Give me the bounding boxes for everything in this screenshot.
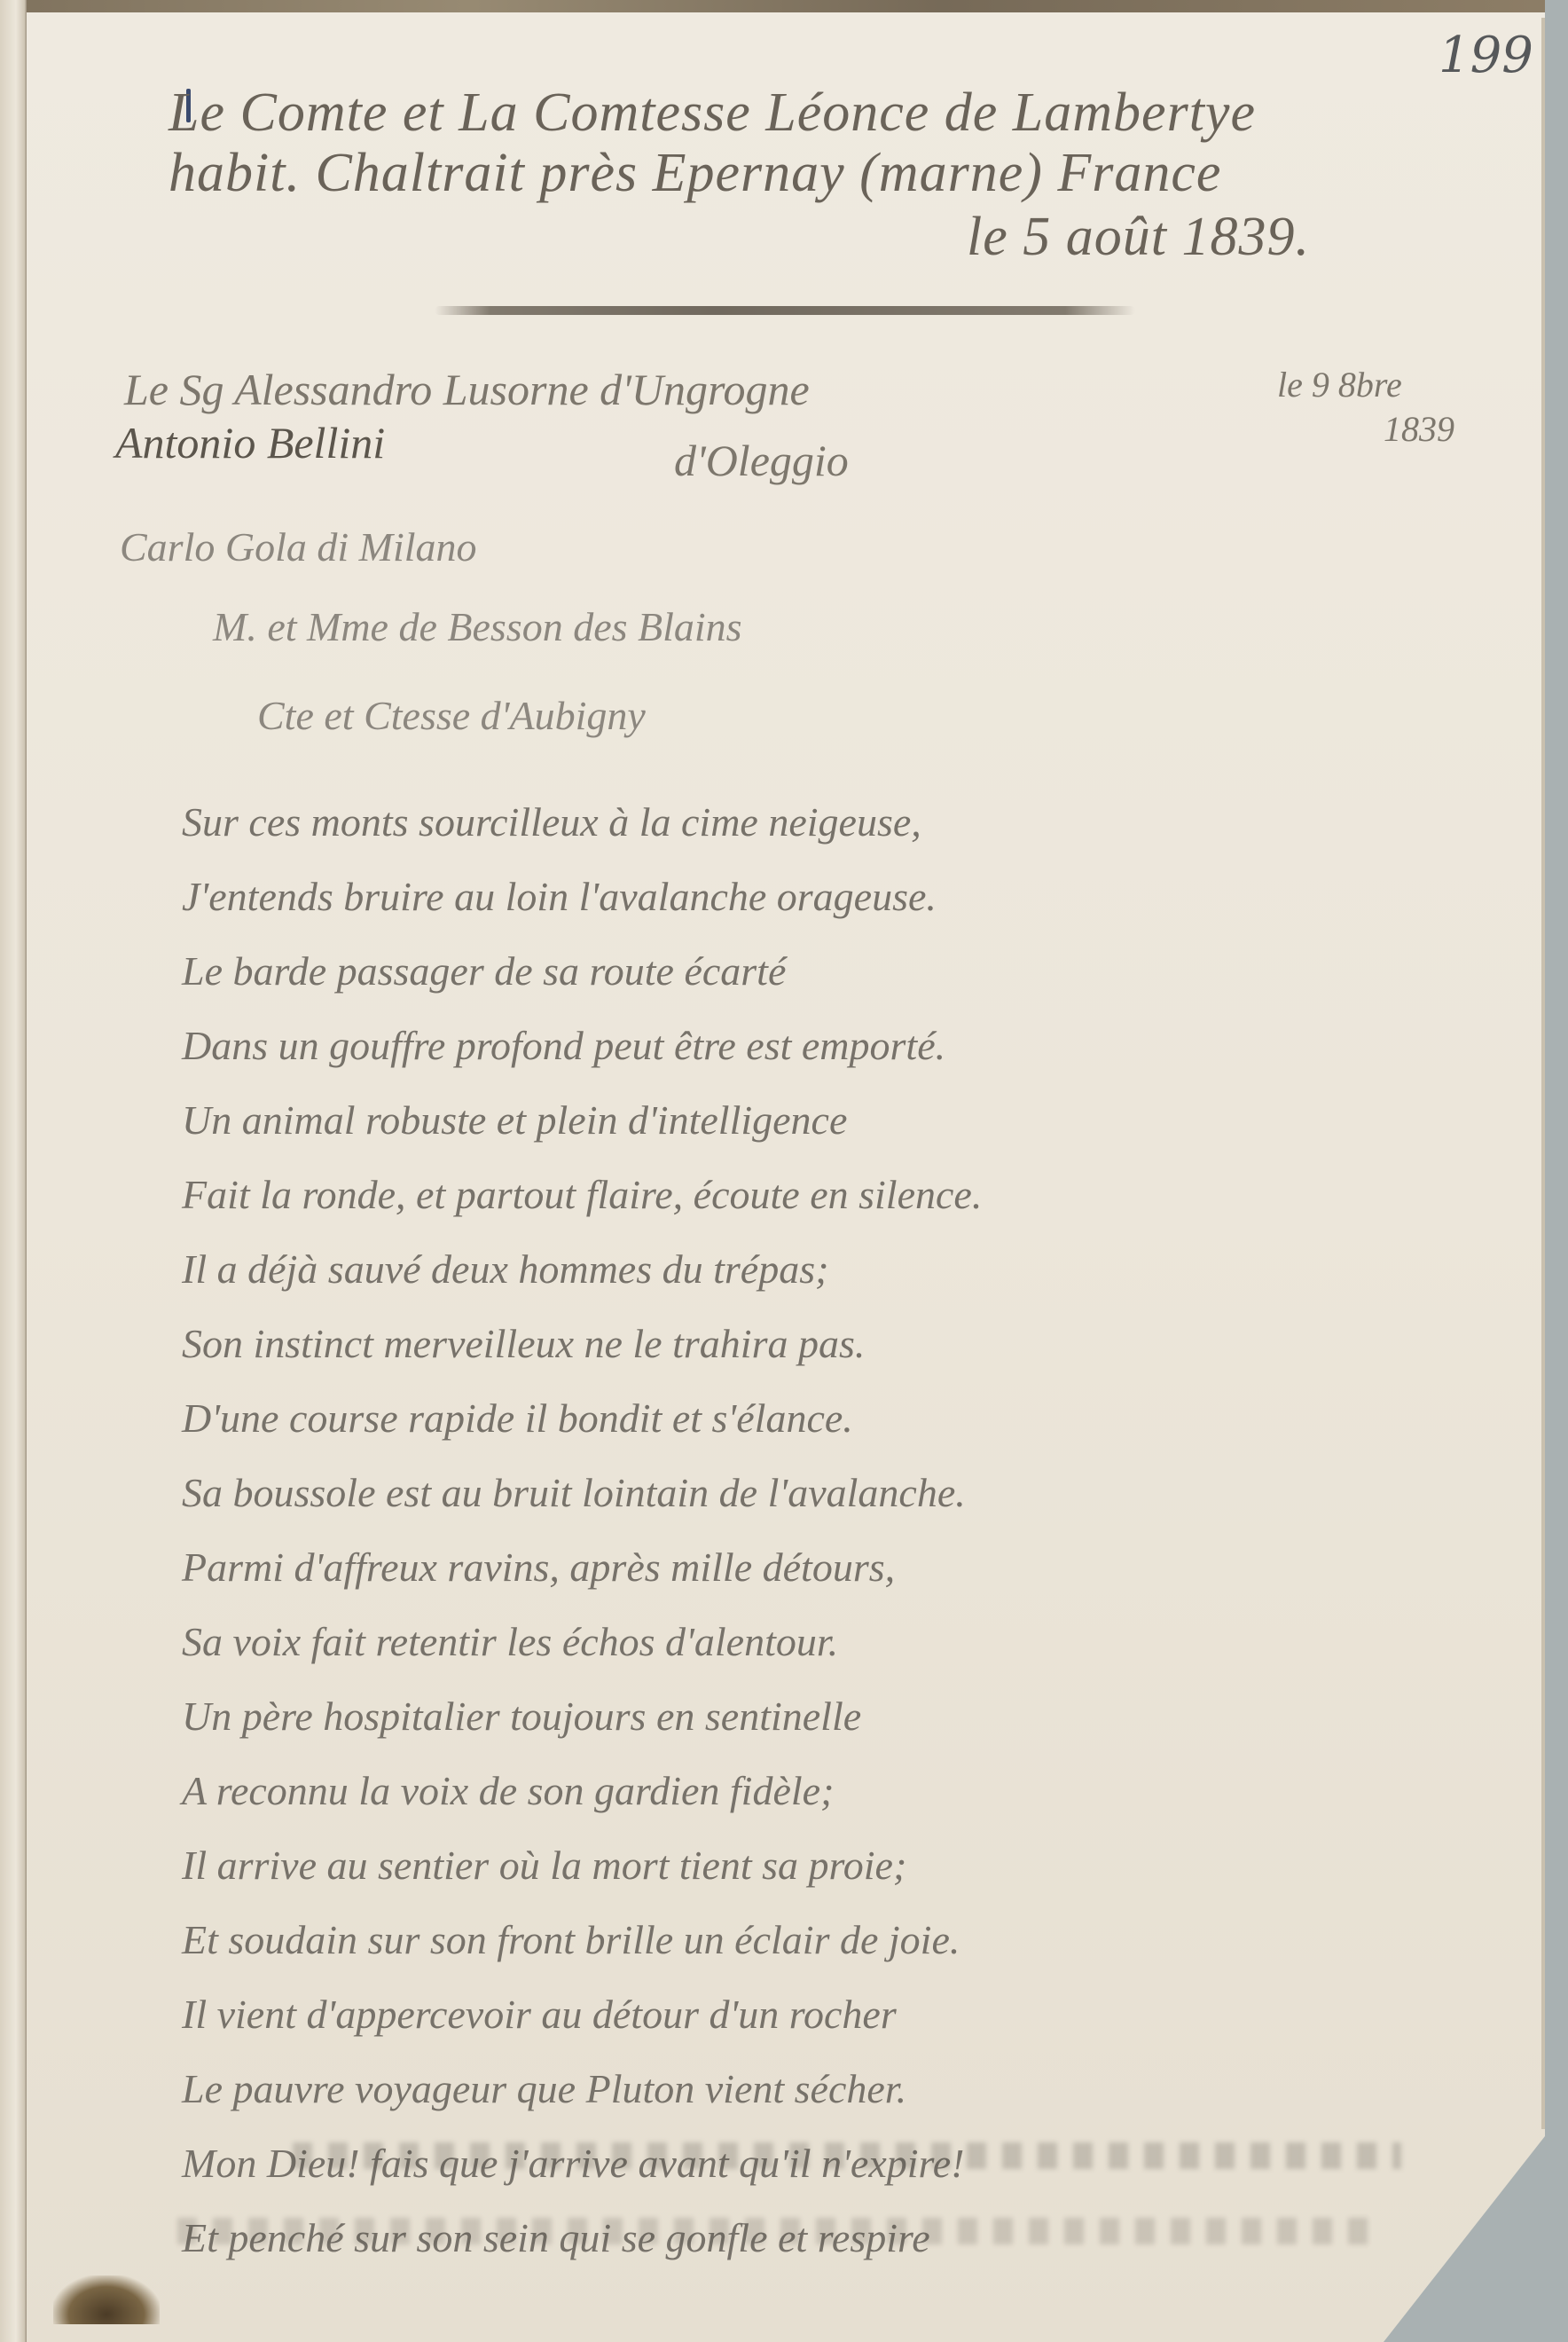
poem-line-8: Son instinct merveilleux ne le trahira p… xyxy=(182,1320,865,1367)
poem-line-16: Et soudain sur son front brille un éclai… xyxy=(182,1916,960,1963)
header-divider-rule xyxy=(435,306,1135,315)
poem-line-7: Il a déjà sauvé deux hommes du trépas; xyxy=(182,1246,828,1293)
page-number: 199 xyxy=(1439,27,1533,84)
poem-line-11: Parmi d'affreux ravins, après mille déto… xyxy=(182,1544,895,1591)
poem-line-15: Il arrive au sentier où la mort tient sa… xyxy=(182,1842,906,1889)
poem-line-2: J'entends bruire au loin l'avalanche ora… xyxy=(182,873,937,920)
signature-besson: M. et Mme de Besson des Blains xyxy=(213,603,742,650)
binding-gutter xyxy=(0,0,27,2342)
poem-line-17: Il vient d'appercevoir au détour d'un ro… xyxy=(182,1991,897,2038)
poem-line-10: Sa boussole est au bruit lointain de l'a… xyxy=(182,1469,966,1516)
signature-bellini-origin: d'Oleggio xyxy=(674,435,849,486)
manuscript-page: 199 Le Comte et La Comtesse Léonce de La… xyxy=(0,0,1568,2342)
poem-line-12: Sa voix fait retentir les échos d'alento… xyxy=(182,1618,838,1665)
poem-line-4: Dans un gouffre profond peut être est em… xyxy=(182,1022,945,1069)
poem-line-1: Sur ces monts sourcilleux à la cime neig… xyxy=(182,798,921,845)
poem-line-14: A reconnu la voix de son gardien fidèle; xyxy=(182,1767,834,1814)
poem-line-5: Un animal robuste et plein d'intelligenc… xyxy=(182,1096,847,1143)
ink-bleed-through-lower xyxy=(177,2218,1375,2244)
signature-bellini: Antonio Bellini xyxy=(115,417,385,468)
signature-lusorne: Le Sg Alessandro Lusorne d'Ungrogne xyxy=(124,364,810,415)
header-line-residence: habit. Chaltrait près Epernay (marne) Fr… xyxy=(169,142,1221,205)
header-line-date: le 5 août 1839. xyxy=(967,206,1310,269)
signature-aubigny: Cte et Ctesse d'Aubigny xyxy=(257,692,646,739)
torn-page-corner xyxy=(53,2275,160,2324)
header-line-names: Le Comte et La Comtesse Léonce de Lamber… xyxy=(169,82,1256,145)
poem-line-3: Le barde passager de sa route écarté xyxy=(182,947,786,994)
poem-line-6: Fait la ronde, et partout flaire, écoute… xyxy=(182,1171,982,1218)
ink-bleed-through xyxy=(293,2142,1401,2169)
signature-gola: Carlo Gola di Milano xyxy=(120,523,477,570)
top-page-edge xyxy=(0,0,1568,12)
signature-lusorne-date: le 9 8bre xyxy=(1277,364,1402,405)
right-page-fold xyxy=(1541,18,1545,2129)
poem-line-13: Un père hospitalier toujours en sentinel… xyxy=(182,1693,861,1740)
poem-line-9: D'une course rapide il bondit et s'élanc… xyxy=(182,1395,853,1442)
signature-lusorne-year: 1839 xyxy=(1384,408,1454,450)
poem-line-18: Le pauvre voyageur que Pluton vient séch… xyxy=(182,2065,906,2112)
